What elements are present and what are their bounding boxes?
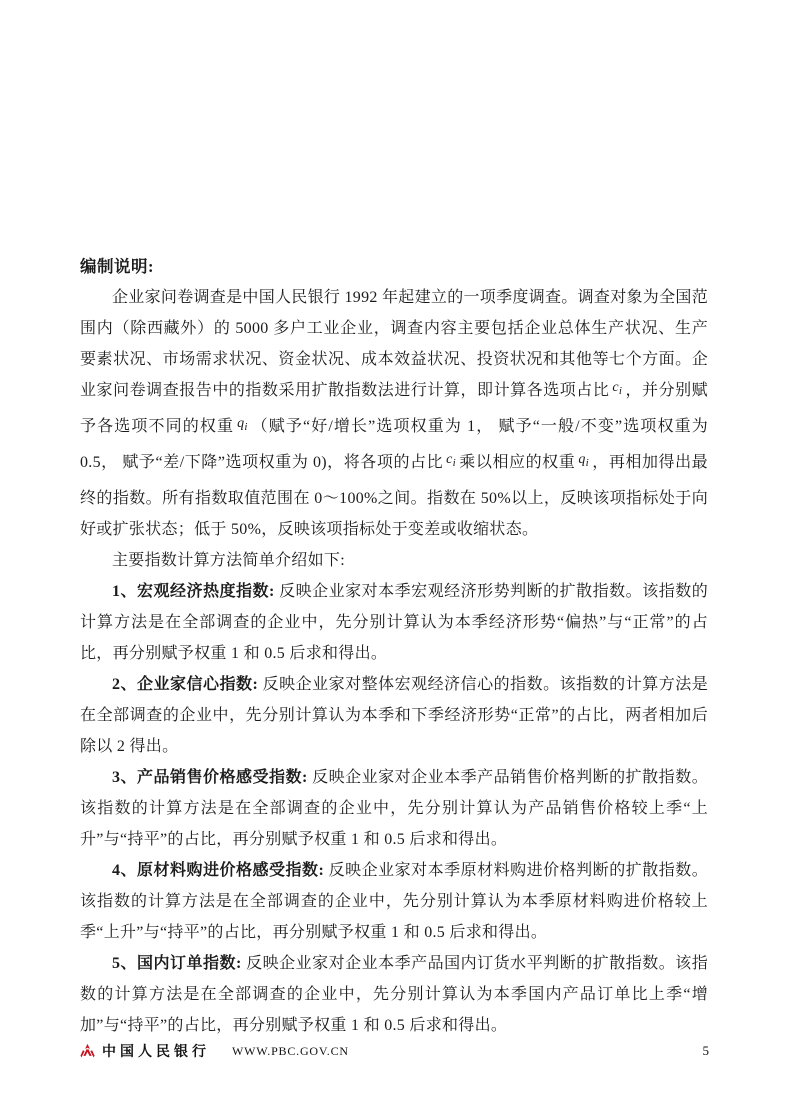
document-body: 企业家问卷调查是中国人民银行 1992 年起建立的一项季度调查。调查对象为全国范…: [80, 282, 708, 1041]
math-symbol: ci: [612, 380, 622, 395]
pbc-bank-logo-icon: [80, 1043, 95, 1059]
text-segment: 主要指数计算方法简单介绍如下:: [112, 552, 345, 569]
index-label: 5、国内订单指数:: [112, 955, 242, 972]
document-page: { "document": { "heading": "编制说明:", "bod…: [0, 0, 787, 1113]
index-label: 1、宏观经济热度指数:: [112, 583, 275, 600]
page-content: 编制说明: 企业家问卷调查是中国人民银行 1992 年起建立的一项季度调查。调查…: [80, 251, 708, 1041]
page-footer: 中国人民银行 WWW.PBC.GOV.CN 5: [80, 1040, 709, 1062]
index-item-5: 5、国内订单指数: 反映企业家对企业本季产品国内订货水平判断的扩散指数。该指数的…: [80, 948, 708, 1041]
index-label: 3、产品销售价格感受指数:: [112, 769, 308, 786]
index-label: 2、企业家信心指数:: [112, 676, 258, 693]
index-item-2: 2、企业家信心指数: 反映企业家对整体宏观经济信心的指数。该指数的计算方法是在全…: [80, 669, 708, 762]
methods-intro-paragraph: 主要指数计算方法简单介绍如下:: [80, 545, 708, 576]
footer-bank-name: 中国人民银行: [102, 1041, 210, 1061]
math-symbol: qi: [578, 452, 589, 467]
math-symbol: qi: [237, 416, 248, 431]
index-item-3: 3、产品销售价格感受指数: 反映企业家对企业本季产品销售价格判断的扩散指数。该指…: [80, 762, 708, 855]
footer-website: WWW.PBC.GOV.CN: [232, 1044, 349, 1059]
math-symbol: ci: [446, 452, 456, 467]
footer-bank-block: 中国人民银行 WWW.PBC.GOV.CN: [80, 1041, 703, 1061]
document-heading: 编制说明:: [80, 251, 708, 282]
index-item-4: 4、原材料购进价格感受指数: 反映企业家对本季原材料购进价格判断的扩散指数。该指…: [80, 855, 708, 948]
page-number: 5: [703, 1043, 710, 1059]
text-segment: 乘以相应的权重: [459, 454, 575, 471]
index-label: 4、原材料购进价格感受指数:: [112, 862, 324, 879]
index-item-1: 1、宏观经济热度指数: 反映企业家对本季宏观经济形势判断的扩散指数。该指数的计算…: [80, 576, 708, 669]
intro-paragraph: 企业家问卷调查是中国人民银行 1992 年起建立的一项季度调查。调查对象为全国范…: [80, 282, 708, 545]
